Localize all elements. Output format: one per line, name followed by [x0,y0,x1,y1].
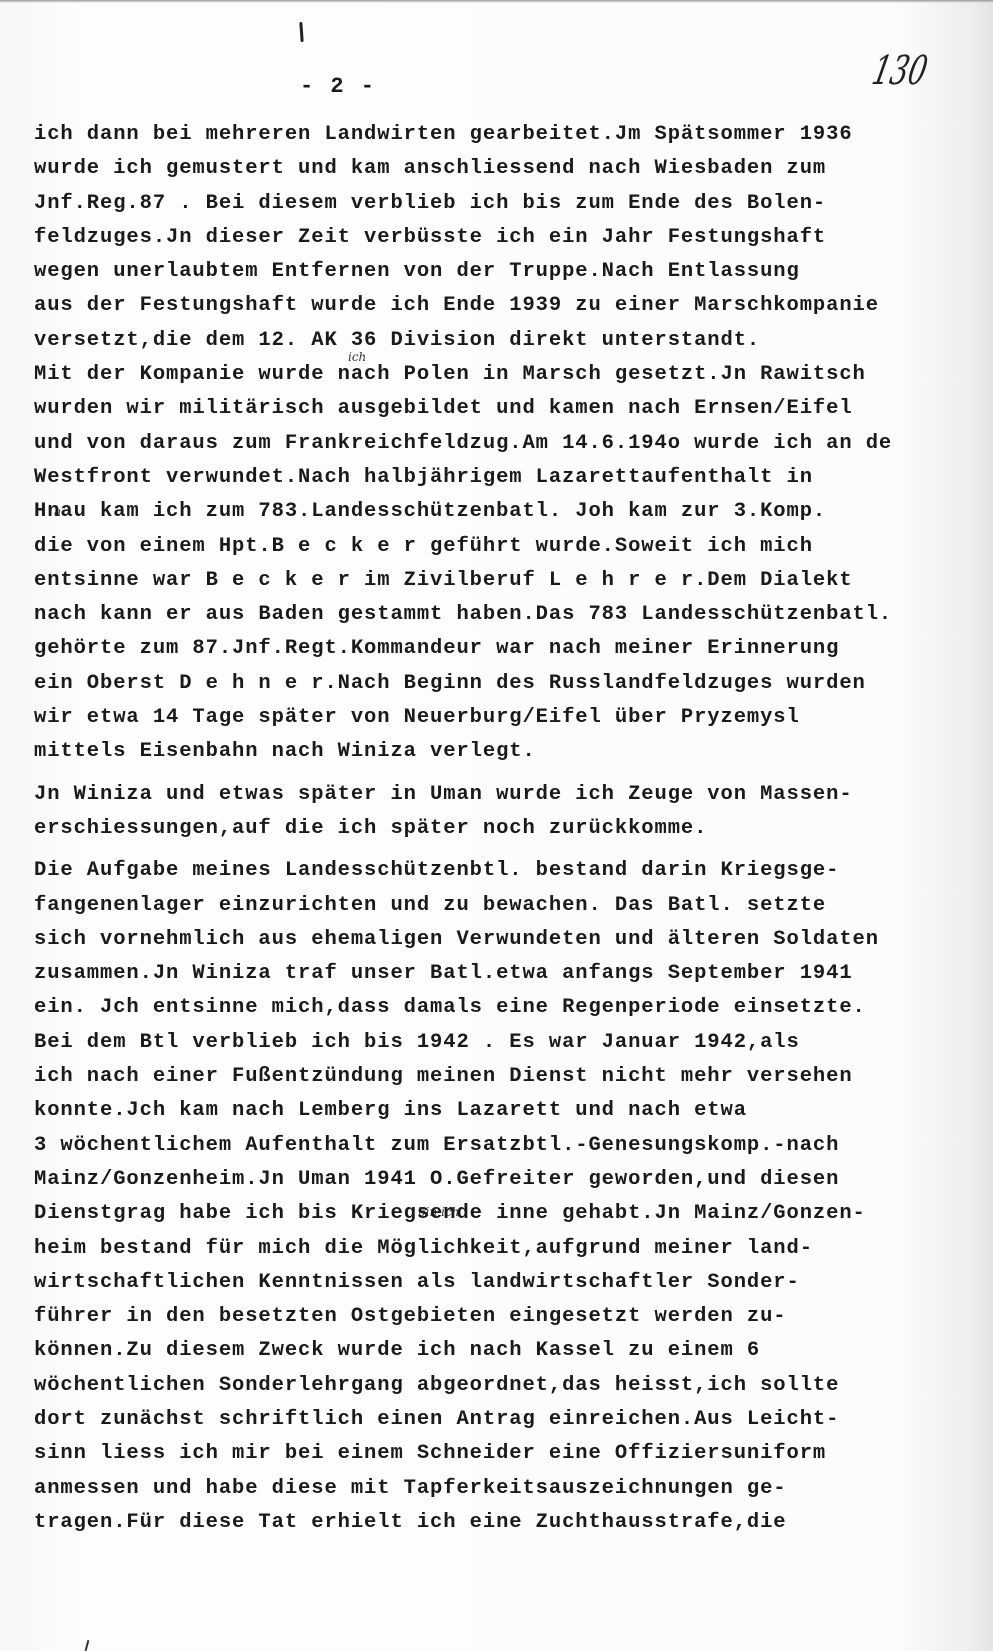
text-line: gehörte zum 87.Jnf.Regt.Kommandeur war n… [34,632,993,666]
text-line: ein. Jch entsinne mich,dass damals eine … [34,991,993,1025]
text-line: feldzuges.Jn dieser Zeit verbüsste ich e… [34,221,993,255]
text-line: wir etwa 14 Tage später von Neuerburg/Ei… [34,701,993,735]
text-line: die von einem Hpt.B e c k e r geführt wu… [34,530,993,564]
paragraph-gap [34,846,993,854]
text-line: wirtschaftlichen Kenntnissen als landwir… [34,1266,993,1300]
text-line: Mainz/Gonzenheim.Jn Uman 1941 O.Gefreite… [34,1163,993,1197]
text-line: führer in den besetzten Ostgebieten eing… [34,1300,993,1334]
text-line: konnte.Jch kam nach Lemberg ins Lazarett… [34,1094,993,1128]
handwritten-tick-mark [299,22,303,42]
text-line: wegen unerlaubtem Entfernen von der Trup… [34,255,993,289]
text-line: wöchentlichen Sonderlehrgang abgeordnet,… [34,1369,993,1403]
text-line: ich nach einer Fußentzündung meinen Dien… [34,1060,993,1094]
paragraph-gap [34,770,993,778]
text-line: nach kann er aus Baden gestammt haben.Da… [34,598,993,632]
text-line: Westfront verwundet.Nach halbjährigem La… [34,461,993,495]
text-line: und von daraus zum Frankreichfeldzug.Am … [34,427,993,461]
text-line: wurden wir militärisch ausgebildet und k… [34,392,993,426]
text-line: Jnf.Reg.87 . Bei diesem verblieb ich bis… [34,187,993,221]
handwritten-folio-number: 130 [868,48,931,94]
text-line: sinn liess ich mir bei einem Schneider e… [34,1437,993,1471]
text-line: ich dann bei mehreren Landwirten gearbei… [34,118,993,152]
text-line: können.Zu diesem Zweck wurde ich nach Ka… [34,1334,993,1368]
text-line: fangenenlager einzurichten und zu bewach… [34,889,993,923]
page-number: - 2 - [300,74,376,99]
text-line: erschiessungen,auf die ich später noch z… [34,812,993,846]
text-line: Die Aufgabe meines Landesschützenbtl. be… [34,854,993,888]
bottom-pen-mark [85,1640,90,1651]
text-line: heim bestand für mich die Möglichkeit,au… [34,1232,993,1266]
text-line: Jn Winiza und etwas später in Uman wurde… [34,778,993,812]
text-line: zusammen.Jn Winiza traf unser Batl.etwa … [34,957,993,991]
text-line: mittels Eisenbahn nach Winiza verlegt. [34,735,993,769]
text-line: Dienstgrag habe ich bis Kriegsende inne … [34,1197,993,1231]
text-line: anmessen und habe diese mit Tapferkeitsa… [34,1472,993,1506]
scanned-document-page: - 2 - 130 ich a bin ich ich dann bei meh… [0,0,993,1651]
text-line: Hnau kam ich zum 783.Landesschützenbatl.… [34,495,993,529]
text-line: Mit der Kompanie wurde nach Polen in Mar… [34,358,993,392]
text-line: sich vornehmlich aus ehemaligen Verwunde… [34,923,993,957]
text-line: ein Oberst D e h n e r.Nach Beginn des R… [34,667,993,701]
text-line: Bei dem Btl verblieb ich bis 1942 . Es w… [34,1026,993,1060]
text-line: versetzt,die dem 12. AK 36 Division dire… [34,324,993,358]
typewritten-body-text: ich dann bei mehreren Landwirten gearbei… [34,118,993,1540]
page-top-edge [0,0,993,3]
text-line: aus der Festungshaft wurde ich Ende 1939… [34,289,993,323]
text-line: dort zunächst schriftlich einen Antrag e… [34,1403,993,1437]
text-line: tragen.Für diese Tat erhielt ich eine Zu… [34,1506,993,1540]
text-line: 3 wöchentlichem Aufenthalt zum Ersatzbtl… [34,1129,993,1163]
text-line: entsinne war B e c k e r im Zivilberuf L… [34,564,993,598]
text-line: wurde ich gemustert und kam anschliessen… [34,152,993,186]
